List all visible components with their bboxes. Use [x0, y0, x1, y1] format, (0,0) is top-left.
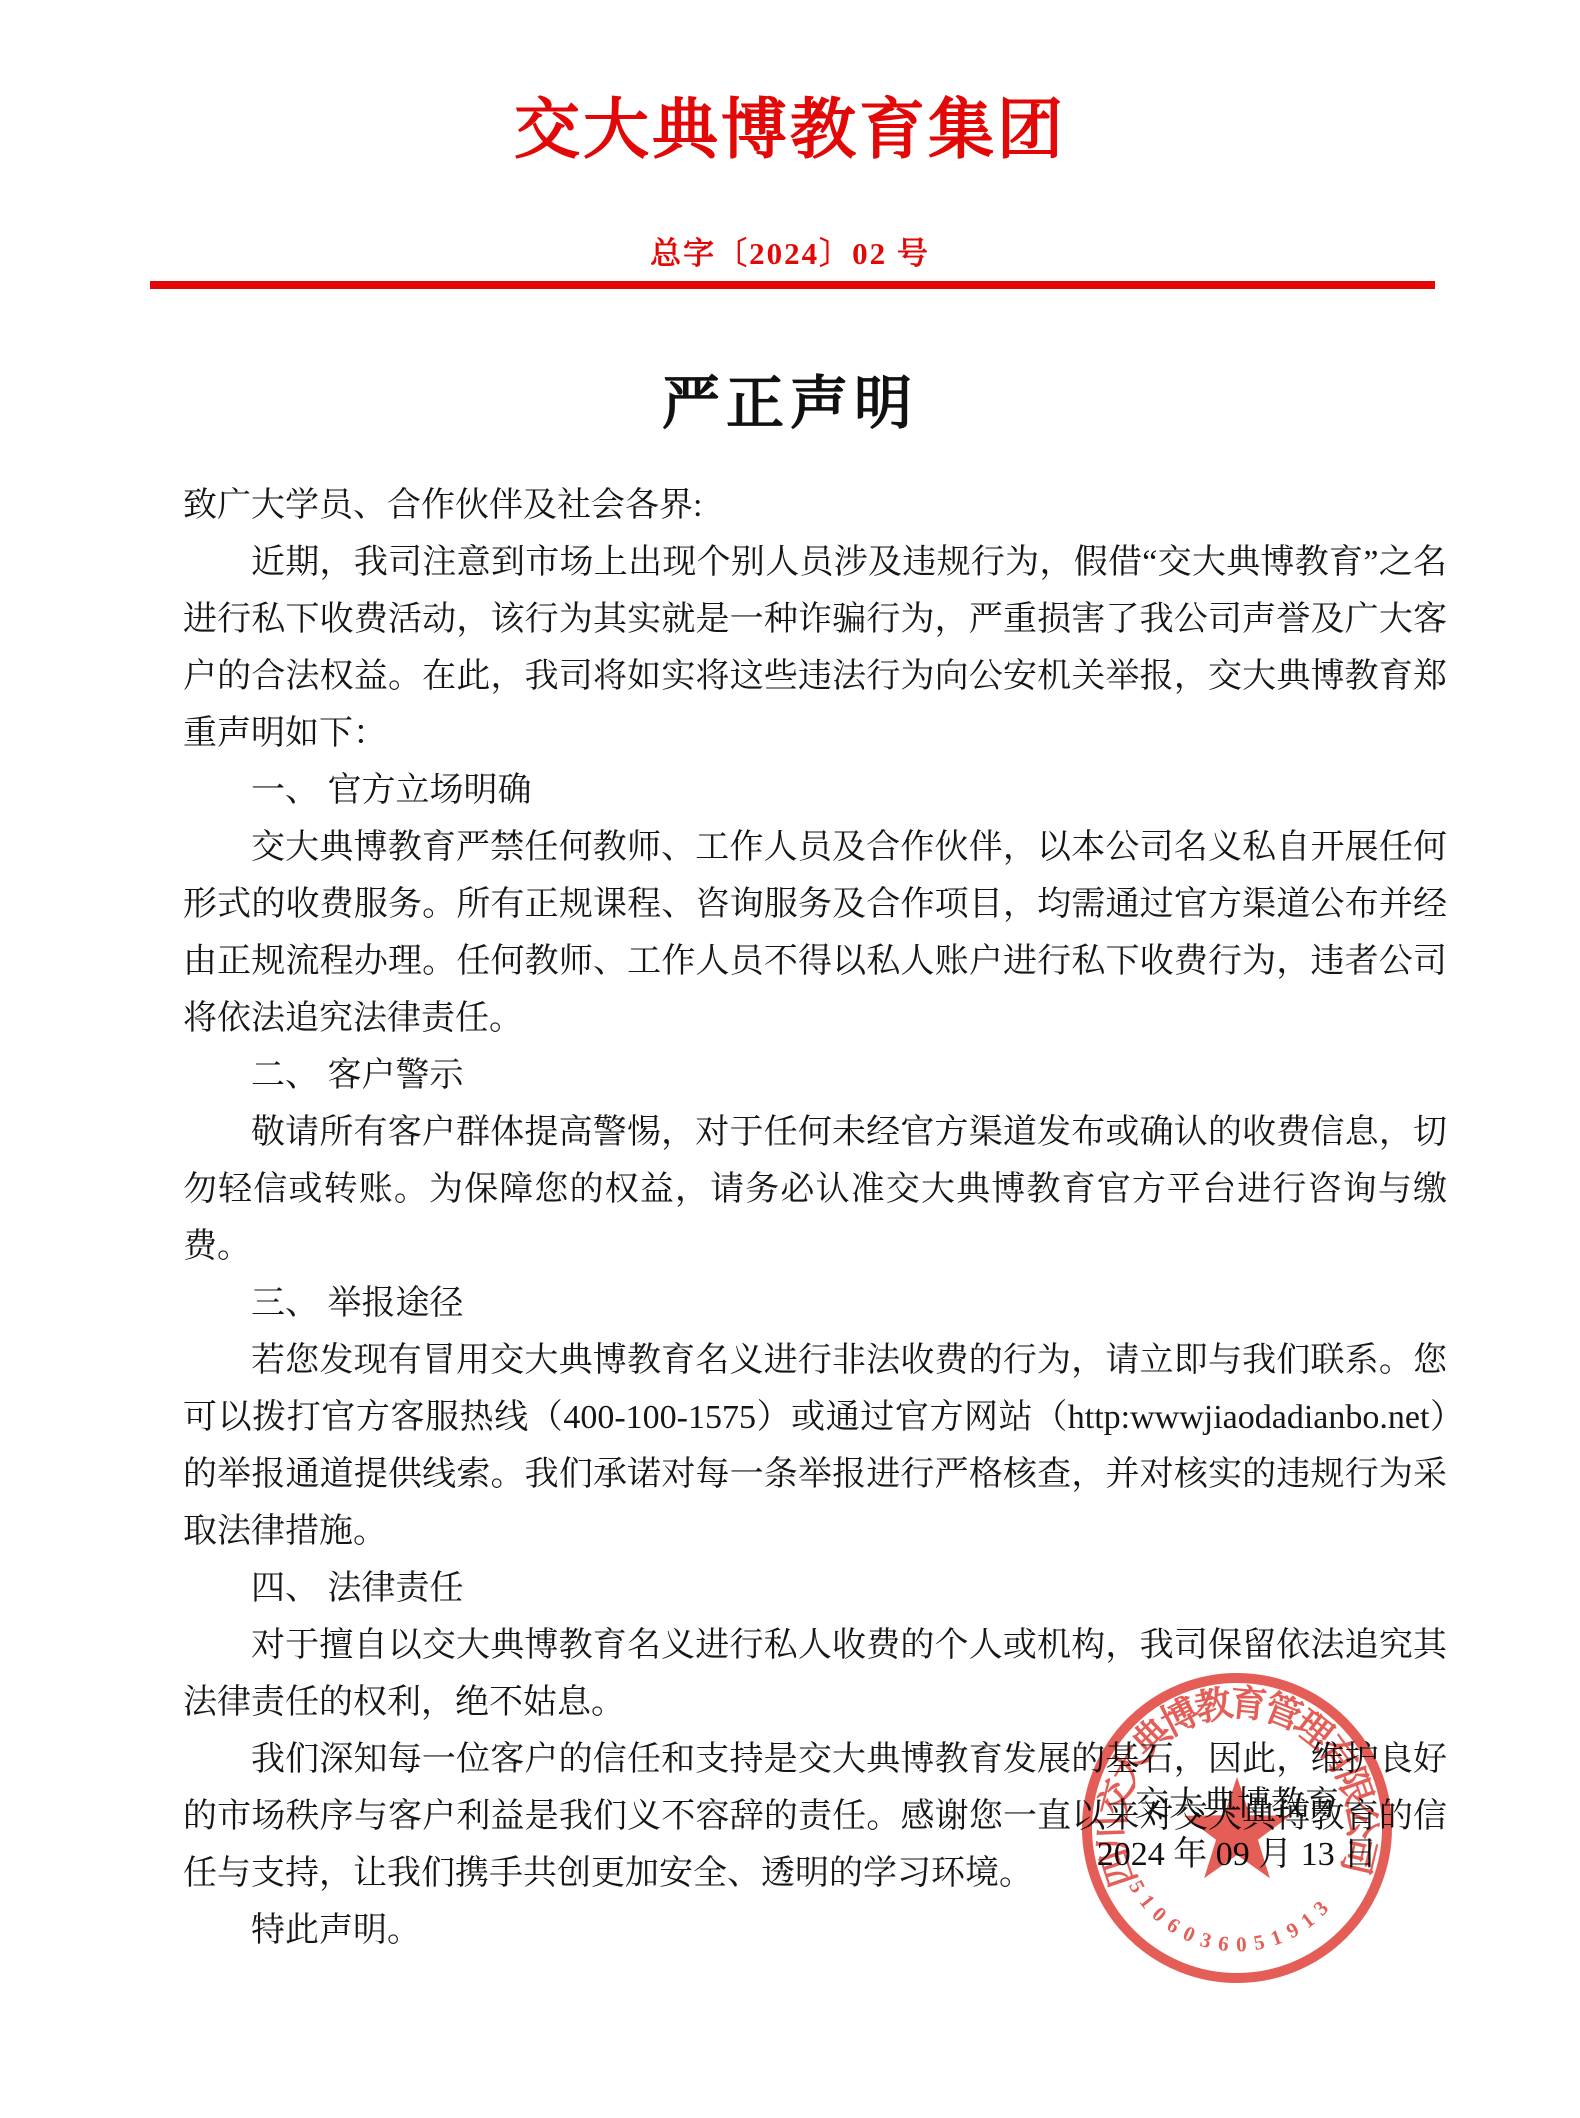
salutation-line: 致广大学员、合作伙伴及社会各界:: [183, 477, 1447, 534]
body-paragraph: 若您发现有冒用交大典博教育名义进行非法收费的行为，请立即与我们联系。您可以拨打官…: [183, 1332, 1447, 1560]
star-icon: [1184, 1777, 1291, 1878]
header-divider-rule: [150, 281, 1435, 289]
document-number: 总字〔2024〕02 号: [0, 228, 1580, 273]
body-paragraph: 近期，我司注意到市场上出现个别人员涉及违规行为，假借“交大典博教育”之名进行私下…: [183, 534, 1447, 762]
section-heading-4: 四、 法律责任: [183, 1560, 1447, 1617]
statement-document-page: 交大典博教育集团 总字〔2024〕02 号 严正声明 致广大学员、合作伙伴及社会…: [0, 0, 1580, 2118]
body-paragraph: 交大典博教育严禁任何教师、工作人员及合作伙伴，以本公司名义私自开展任何形式的收费…: [183, 819, 1447, 1047]
organization-title: 交大典博教育集团: [0, 76, 1580, 171]
official-seal: 四川交大典博教育管理有限公司 5106036051913: [1072, 1663, 1402, 1993]
section-heading-2: 二、 客户警示: [183, 1047, 1447, 1104]
seal-serial-number: 5106036051913: [1124, 1876, 1333, 1957]
document-title: 严正声明: [0, 356, 1580, 440]
section-heading-3: 三、 举报途径: [183, 1275, 1447, 1332]
svg-text:5106036051913: 5106036051913: [1124, 1876, 1333, 1957]
body-paragraph: 敬请所有客户群体提高警惕，对于任何未经官方渠道发布或确认的收费信息，切勿轻信或转…: [183, 1104, 1447, 1275]
section-heading-1: 一、 官方立场明确: [183, 762, 1447, 819]
